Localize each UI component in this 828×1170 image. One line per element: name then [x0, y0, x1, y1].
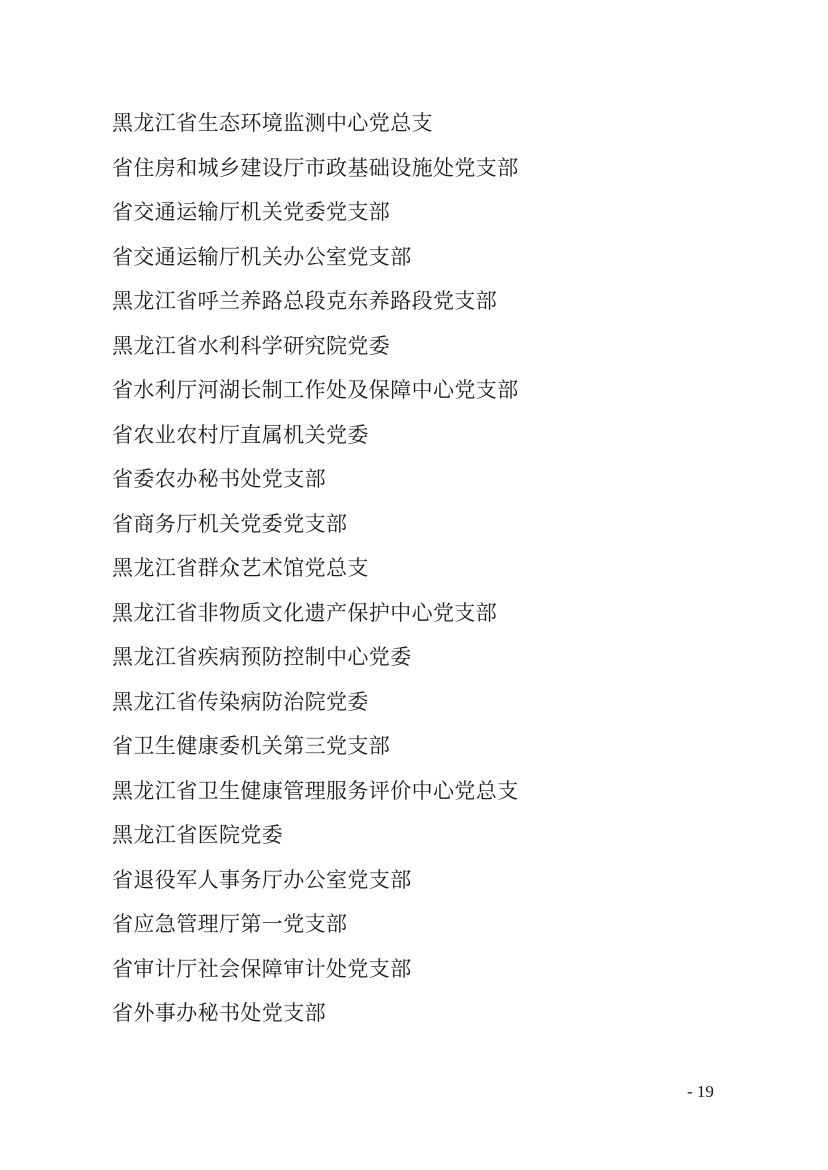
list-item: 黑龙江省水利科学研究院党委	[112, 336, 788, 358]
list-item: 省委农办秘书处党支部	[112, 469, 788, 491]
list-item: 黑龙江省生态环境监测中心党总支	[112, 113, 788, 135]
list-item: 省审计厅社会保障审计处党支部	[112, 959, 788, 981]
list-item: 黑龙江省医院党委	[112, 825, 788, 847]
list-item: 省交通运输厅机关党委党支部	[112, 202, 788, 224]
list-item: 省住房和城乡建设厅市政基础设施处党支部	[112, 158, 788, 180]
list-item: 黑龙江省疾病预防控制中心党委	[112, 647, 788, 669]
list-item: 省卫生健康委机关第三党支部	[112, 736, 788, 758]
list-item: 黑龙江省群众艺术馆党总支	[112, 558, 788, 580]
org-list: 黑龙江省生态环境监测中心党总支 省住房和城乡建设厅市政基础设施处党支部 省交通运…	[112, 113, 788, 1048]
list-item: 省农业农村厅直属机关党委	[112, 425, 788, 447]
list-item: 省交通运输厅机关办公室党支部	[112, 247, 788, 269]
list-item: 黑龙江省卫生健康管理服务评价中心党总支	[112, 781, 788, 803]
list-item: 省商务厅机关党委党支部	[112, 514, 788, 536]
list-item: 省水利厅河湖长制工作处及保障中心党支部	[112, 380, 788, 402]
list-item: 省退役军人事务厅办公室党支部	[112, 870, 788, 892]
page-number: - 19	[687, 1083, 714, 1101]
list-item: 黑龙江省呼兰养路总段克东养路段党支部	[112, 291, 788, 313]
list-item: 黑龙江省非物质文化遗产保护中心党支部	[112, 603, 788, 625]
list-item: 黑龙江省传染病防治院党委	[112, 692, 788, 714]
document-page: 黑龙江省生态环境监测中心党总支 省住房和城乡建设厅市政基础设施处党支部 省交通运…	[0, 0, 828, 1170]
list-item: 省应急管理厅第一党支部	[112, 914, 788, 936]
list-item: 省外事办秘书处党支部	[112, 1003, 788, 1025]
